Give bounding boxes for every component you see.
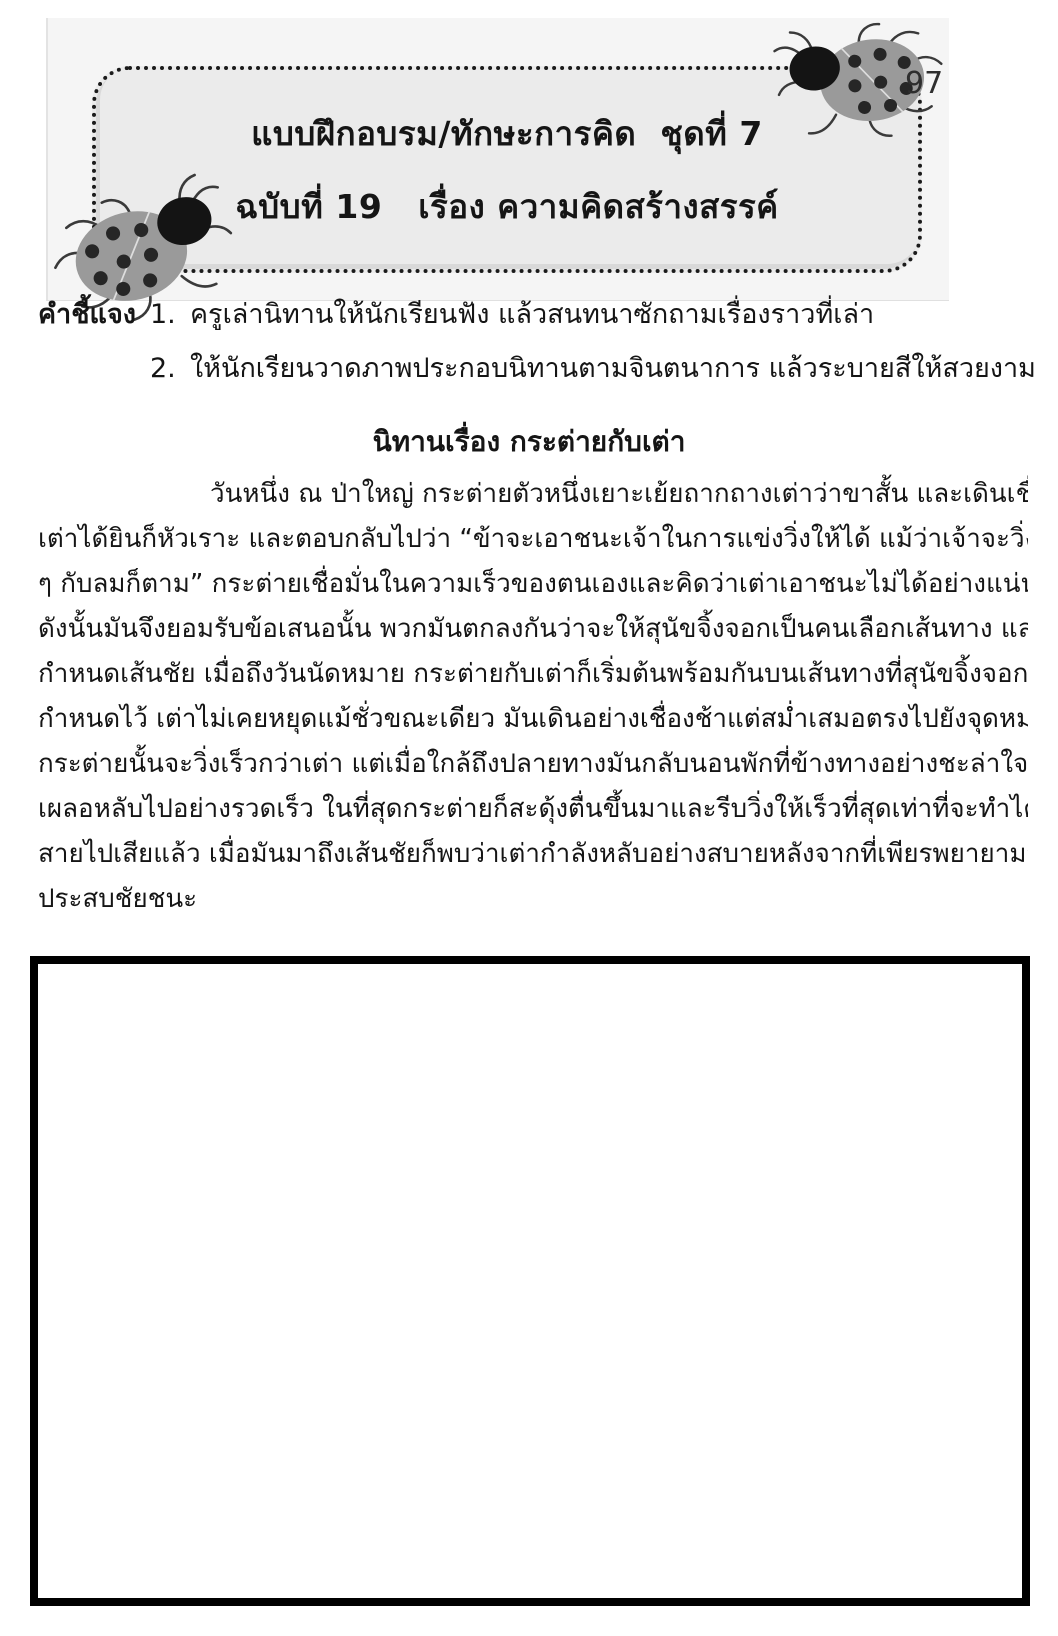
worksheet-title-line1: แบบฝึกอบรม/ทักษะการคิด ชุดที่ 7 — [251, 107, 763, 160]
story-line: กำหนดไว้ เต่าไม่เคยหยุดแม้ชั่วขณะเดียว ม… — [38, 697, 1028, 742]
instructions-label: คำชี้แจง — [38, 296, 150, 334]
story-line: ประสบชัยชนะ — [38, 877, 1028, 922]
story-line: เผลอหลับไปอย่างรวดเร็ว ในที่สุดกระต่ายก็… — [38, 787, 1028, 832]
story-line: ๆ กับลมก็ตาม” กระต่ายเชื่อมั่นในความเร็ว… — [38, 562, 1028, 607]
instruction-number: 1. — [150, 296, 190, 334]
drawing-area-box — [30, 956, 1030, 1606]
story-line: กระต่ายนั้นจะวิ่งเร็วกว่าเต่า แต่เมื่อใก… — [38, 742, 1028, 787]
story-line: เต่าได้ยินก็หัวเราะ และตอบกลับไปว่า “ข้า… — [38, 517, 1028, 562]
story-title: นิทานเรื่อง กระต่ายกับเต่า — [0, 420, 1058, 464]
instructions: คำชี้แจง 1. ครูเล่านิทานให้นักเรียนฟัง แ… — [38, 296, 1040, 388]
instruction-item: คำชี้แจง 1. ครูเล่านิทานให้นักเรียนฟัง แ… — [38, 296, 1040, 334]
story-line: ดังนั้นมันจึงยอมรับข้อเสนอนั้น พวกมันตกล… — [38, 607, 1028, 652]
worksheet-title-line2: ฉบับที่ 19 เรื่อง ความคิดสร้างสรรค์ — [235, 180, 779, 233]
instruction-text: ให้นักเรียนวาดภาพประกอบนิทานตามจินตนาการ… — [190, 350, 1036, 388]
story-line: วันหนึ่ง ณ ป่าใหญ่ กระต่ายตัวหนึ่งเยาะเย… — [38, 472, 1028, 517]
story-paragraph: วันหนึ่ง ณ ป่าใหญ่ กระต่ายตัวหนึ่งเยาะเย… — [38, 472, 1028, 922]
worksheet-page: แบบฝึกอบรม/ทักษะการคิด ชุดที่ 7 ฉบับที่ … — [0, 0, 1058, 1636]
story-line: สายไปเสียแล้ว เมื่อมันมาถึงเส้นชัยก็พบว่… — [38, 832, 1028, 877]
page-number: 97 — [905, 66, 943, 101]
story-line: กำหนดเส้นชัย เมื่อถึงวันนัดหมาย กระต่ายก… — [38, 652, 1028, 697]
instruction-number: 2. — [150, 350, 190, 388]
instruction-text: ครูเล่านิทานให้นักเรียนฟัง แล้วสนทนาซักถ… — [190, 296, 874, 334]
instruction-item: 2. ให้นักเรียนวาดภาพประกอบนิทานตามจินตนา… — [38, 350, 1040, 388]
